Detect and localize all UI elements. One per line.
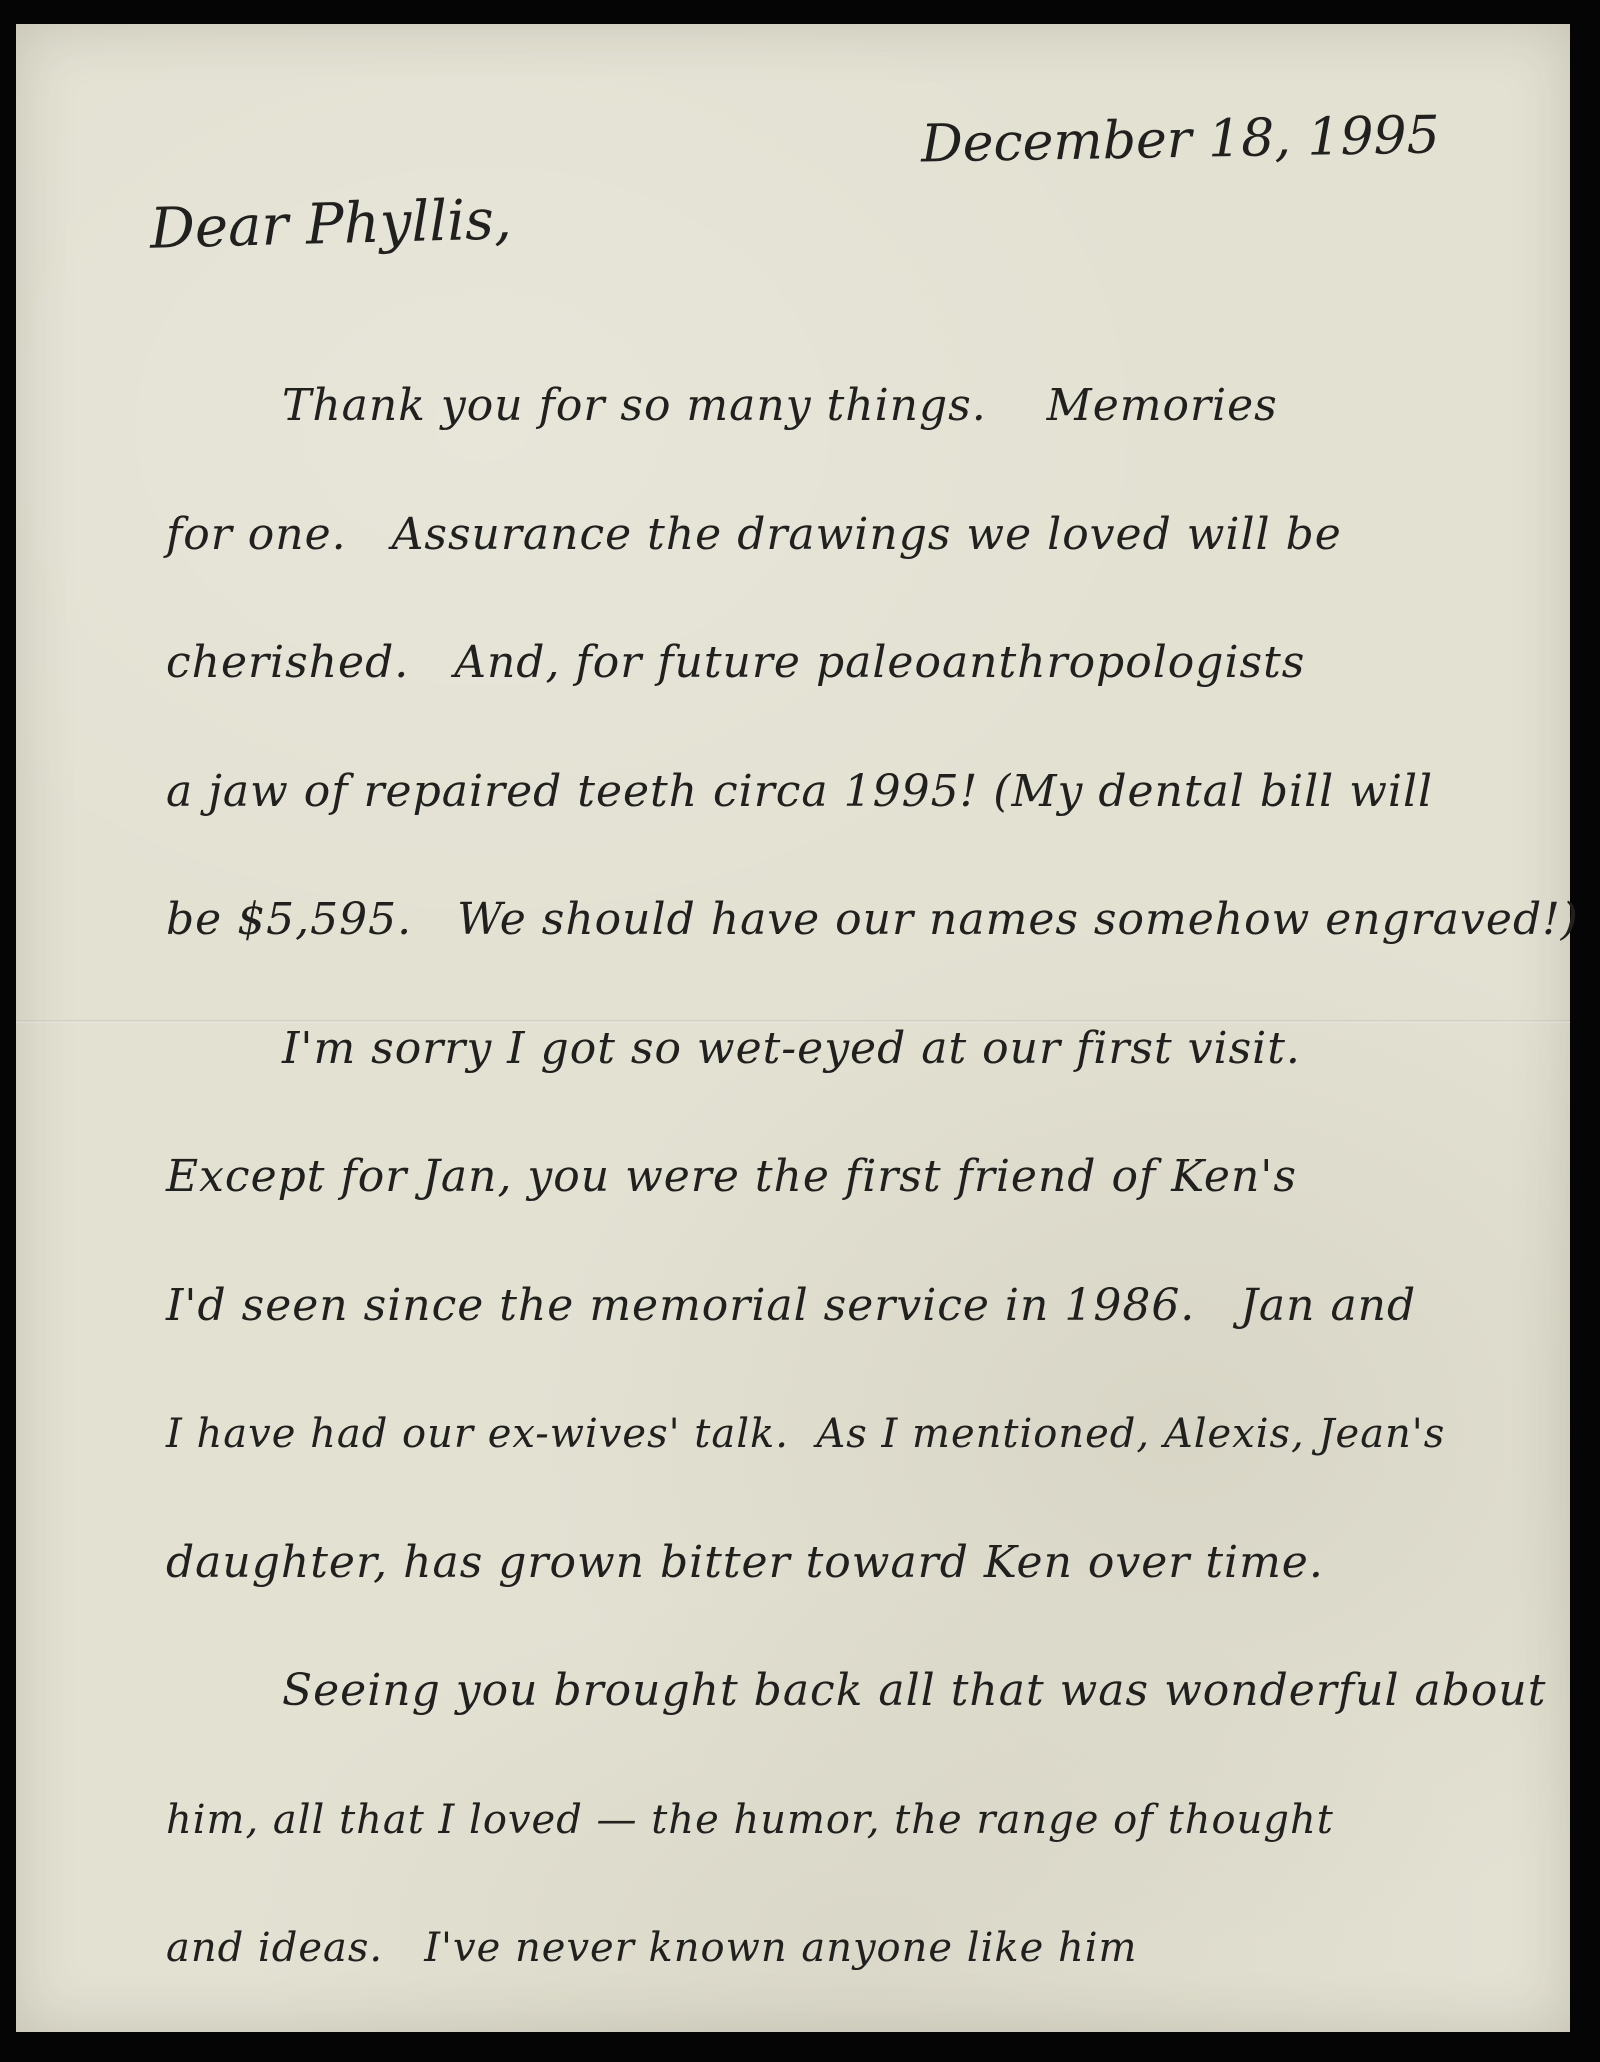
letter-line: a jaw of repaired teeth circa 1995! (My … xyxy=(166,728,1480,857)
letter-line: cherished. And, for future paleoanthropo… xyxy=(166,599,1480,728)
letter-content: December 18, 1995 Dear Phyllis, Thank yo… xyxy=(16,24,1570,2032)
letter-line: daughter, has grown bitter toward Ken ov… xyxy=(166,1499,1480,1628)
letter-line: be $5,595. We should have our names some… xyxy=(166,856,1480,985)
letter-salutation: Dear Phyllis, xyxy=(149,187,512,261)
letter-line: I'm sorry I got so wet-eyed at our first… xyxy=(166,985,1480,1114)
letter-line: and ideas. I've never known anyone like … xyxy=(166,1884,1480,2013)
letter-line: I have had our ex-wives' talk. As I ment… xyxy=(166,1370,1480,1499)
letter-line: him, all that I loved — the humor, the r… xyxy=(166,1756,1480,1885)
letter-body: Thank you for so many things. Memories f… xyxy=(166,342,1480,2013)
letter-line: for one. Assurance the drawings we loved… xyxy=(166,471,1480,600)
letter-line: Thank you for so many things. Memories xyxy=(166,342,1480,471)
scanned-letter-frame: December 18, 1995 Dear Phyllis, Thank yo… xyxy=(0,0,1600,2062)
letter-paper: December 18, 1995 Dear Phyllis, Thank yo… xyxy=(16,24,1570,2032)
letter-line: Except for Jan, you were the first frien… xyxy=(166,1113,1480,1242)
letter-line: I'd seen since the memorial service in 1… xyxy=(166,1242,1480,1371)
letter-date: December 18, 1995 xyxy=(921,105,1441,174)
letter-line: Seeing you brought back all that was won… xyxy=(166,1627,1480,1756)
